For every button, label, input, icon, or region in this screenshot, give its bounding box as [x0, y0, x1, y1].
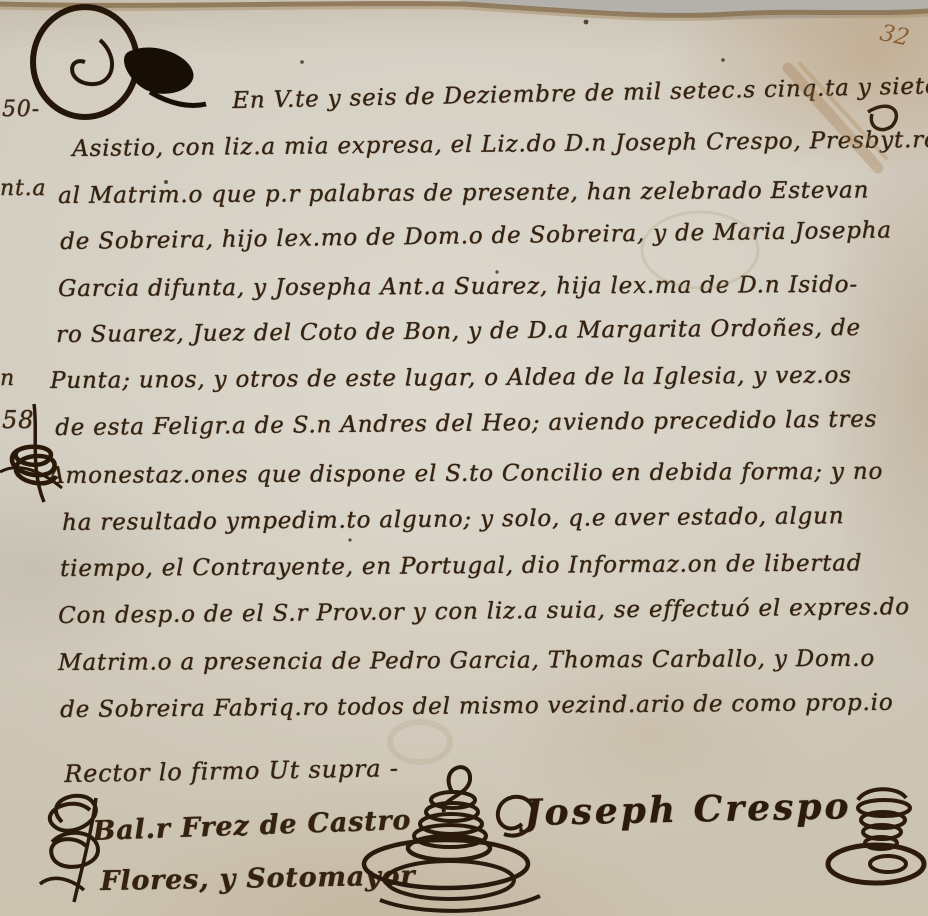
manuscript-line: Amonestaz.ones que dispone el S.to Conci… — [48, 459, 883, 489]
manuscript-line: de esta Feligr.a de S.n Andres del Heo; … — [55, 406, 877, 441]
torn-page-top-edge — [0, 0, 928, 19]
manuscript-line: Rector lo firmo Ut supra - — [64, 754, 399, 788]
signature-rector-line2: Flores, y Sotomayor — [100, 861, 416, 897]
manuscript-line: de Sobreira, hijo lex.mo de Dom.o de Sob… — [60, 217, 892, 255]
manuscript-line: ha resultado ympedim.to alguno; y solo, … — [62, 503, 844, 536]
manuscript-line: Con desp.o de el S.r Prov.or y con liz.a… — [58, 594, 910, 629]
manuscript-line: ro Suarez, Juez del Coto de Bon, y de D.… — [56, 315, 861, 348]
large-inked-initial-o — [33, 7, 137, 117]
ink-blot — [124, 48, 206, 106]
signature-rector-line1: Bal.r Frez de Castro — [92, 805, 412, 847]
manuscript-line: tiempo, el Contrayente, en Portugal, dio… — [60, 550, 862, 582]
manuscript-line: En V.te y seis de Deziembre de mil setec… — [232, 73, 928, 114]
margin-note: nt.a — [0, 176, 46, 201]
manuscript-line: Garcia difunta, y Josepha Ant.a Suarez, … — [58, 272, 858, 302]
line-end-swash — [868, 106, 896, 129]
folio-number: 32 — [877, 20, 911, 52]
manuscript-line: Matrim.o a presencia de Pedro Garcia, Th… — [58, 646, 875, 676]
castro-signature-rubric — [40, 796, 98, 902]
manuscript-line: al Matrim.o que p.r palabras de presente… — [58, 177, 869, 209]
signature-joseph-crespo: Joseph Crespo — [524, 785, 852, 834]
manuscript-page: 32 50- nt.a n 58 En V.te y seis de Dezie… — [0, 0, 928, 916]
manuscript-line: de Sobreira Fabriq.ro todos del mismo ve… — [60, 690, 894, 723]
margin-note: 58 — [2, 406, 34, 434]
margin-note: 50- — [2, 97, 40, 122]
margin-note: n — [0, 366, 15, 391]
manuscript-line: Punta; unos, y otros de este lugar, o Al… — [50, 362, 852, 394]
manuscript-line: Asistio, con liz.a mia expresa, el Liz.d… — [72, 127, 928, 162]
